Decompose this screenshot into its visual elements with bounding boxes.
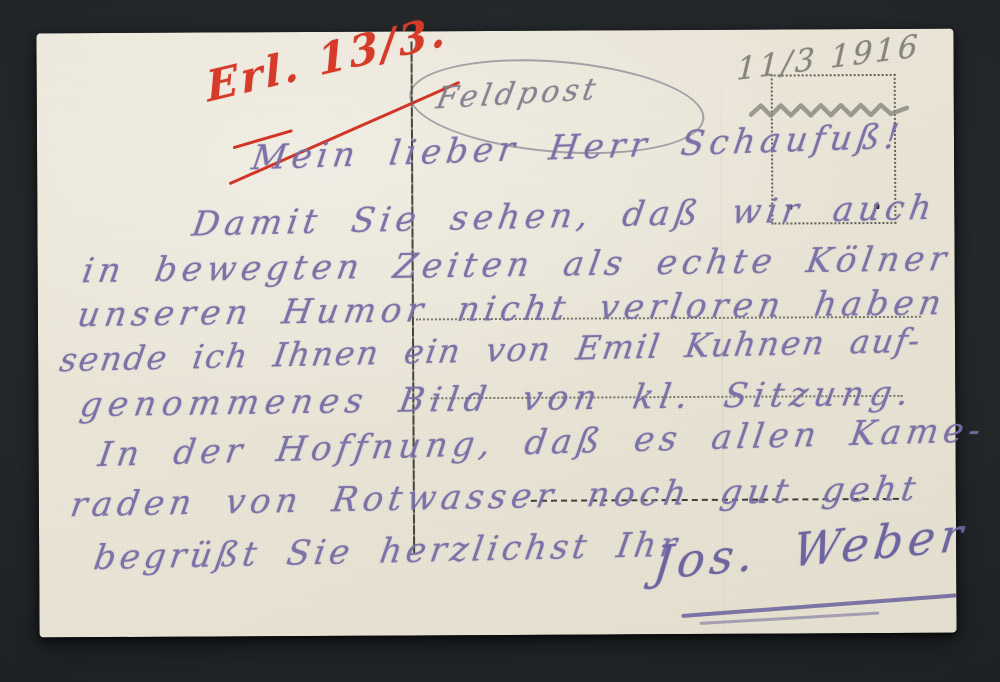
- postcard: Erl. 13/3. Feldpost 11/3 1916 Mein liebe…: [36, 29, 956, 638]
- message-line-8: begrüßt Sie herzlichst Ihr: [91, 525, 683, 578]
- photo-background: Erl. 13/3. Feldpost 11/3 1916 Mein liebe…: [0, 0, 1000, 682]
- message-line-1: Damit Sie sehen, daß wir auch: [189, 188, 939, 245]
- message-line-2: in bewegten Zeiten als echte Kölner: [79, 239, 954, 291]
- message-line-7: raden von Rotwasser noch gut geht: [68, 469, 924, 525]
- signature: Jos. Weber: [651, 507, 971, 591]
